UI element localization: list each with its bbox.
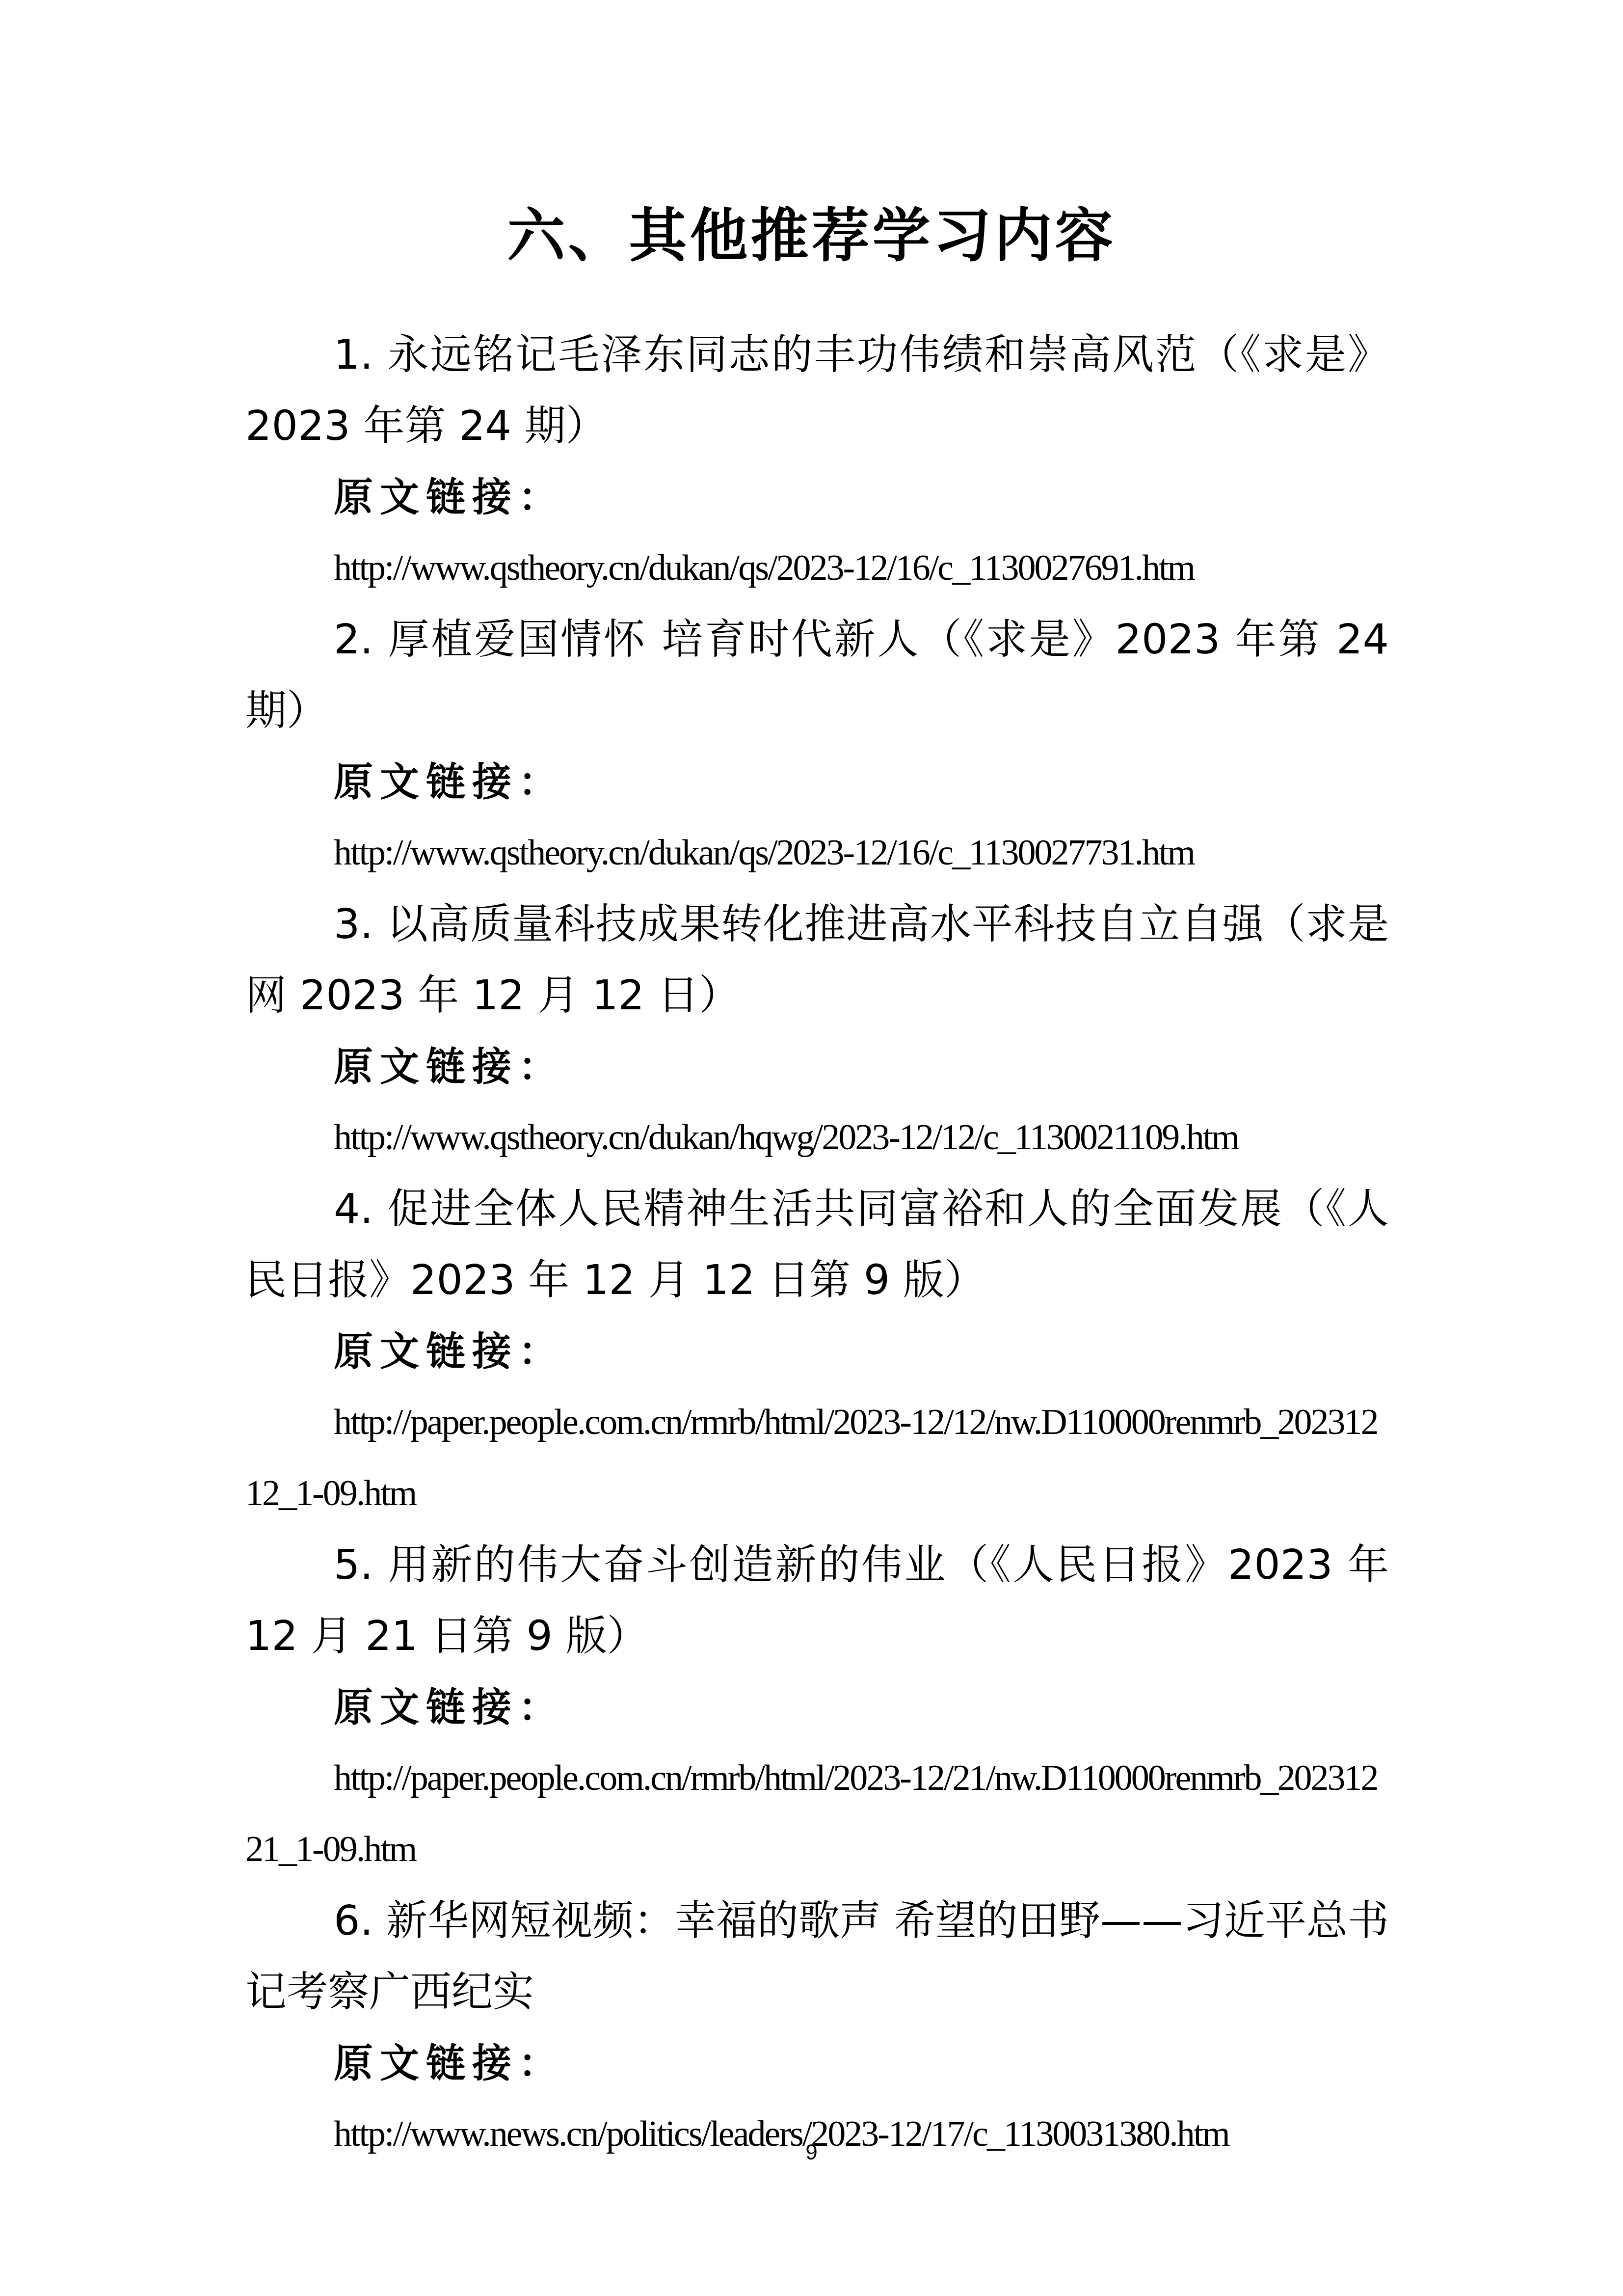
source-link[interactable]: http://www.qstheory.cn/dukan/qs/2023-12/… — [245, 817, 1389, 889]
list-item: 1. 永远铭记毛泽东同志的丰功伟绩和崇高风范（《求是》2023 年第 24 期）… — [245, 319, 1389, 604]
list-item: 3. 以高质量科技成果转化推进高水平科技自立自强（求是网 2023 年 12 月… — [245, 889, 1389, 1173]
list-item: 6. 新华网短视频：幸福的歌声 希望的田野——习近平总书记考察广西纪实 原文链接… — [245, 1885, 1389, 2170]
list-item: 4. 促进全体人民精神生活共同富裕和人的全面发展（《人民日报》2023 年 12… — [245, 1173, 1389, 1529]
recommended-list: 1. 永远铭记毛泽东同志的丰功伟绩和崇高风范（《求是》2023 年第 24 期）… — [245, 319, 1389, 2170]
link-label: 原文链接： — [245, 1672, 1389, 1743]
item-title: 2. 厚植爱国情怀 培育时代新人（《求是》2023 年第 24 期） — [245, 604, 1389, 746]
page-number: 9 — [0, 2140, 1623, 2165]
item-title: 6. 新华网短视频：幸福的歌声 希望的田野——习近平总书记考察广西纪实 — [245, 1885, 1389, 2027]
item-title: 3. 以高质量科技成果转化推进高水平科技自立自强（求是网 2023 年 12 月… — [245, 889, 1389, 1031]
item-title: 4. 促进全体人民精神生活共同富裕和人的全面发展（《人民日报》2023 年 12… — [245, 1173, 1389, 1316]
source-link[interactable]: http://www.qstheory.cn/dukan/hqwg/2023-1… — [245, 1102, 1389, 1173]
source-link[interactable]: http://www.qstheory.cn/dukan/qs/2023-12/… — [245, 533, 1389, 604]
link-label: 原文链接： — [245, 1031, 1389, 1102]
link-label: 原文链接： — [245, 746, 1389, 817]
list-item: 5. 用新的伟大奋斗创造新的伟业（《人民日报》2023 年 12 月 21 日第… — [245, 1529, 1389, 1885]
source-link[interactable]: http://paper.people.com.cn/rmrb/html/202… — [245, 1743, 1389, 1885]
link-label: 原文链接： — [245, 461, 1389, 533]
link-label: 原文链接： — [245, 2027, 1389, 2099]
item-title: 5. 用新的伟大奋斗创造新的伟业（《人民日报》2023 年 12 月 21 日第… — [245, 1529, 1389, 1672]
list-item: 2. 厚植爱国情怀 培育时代新人（《求是》2023 年第 24 期） 原文链接：… — [245, 604, 1389, 889]
section-title: 六、其他推荐学习内容 — [0, 196, 1623, 275]
document-page: 六、其他推荐学习内容 1. 永远铭记毛泽东同志的丰功伟绩和崇高风范（《求是》20… — [0, 0, 1623, 2296]
source-link[interactable]: http://paper.people.com.cn/rmrb/html/202… — [245, 1387, 1389, 1529]
item-title: 1. 永远铭记毛泽东同志的丰功伟绩和崇高风范（《求是》2023 年第 24 期） — [245, 319, 1389, 461]
link-label: 原文链接： — [245, 1316, 1389, 1387]
